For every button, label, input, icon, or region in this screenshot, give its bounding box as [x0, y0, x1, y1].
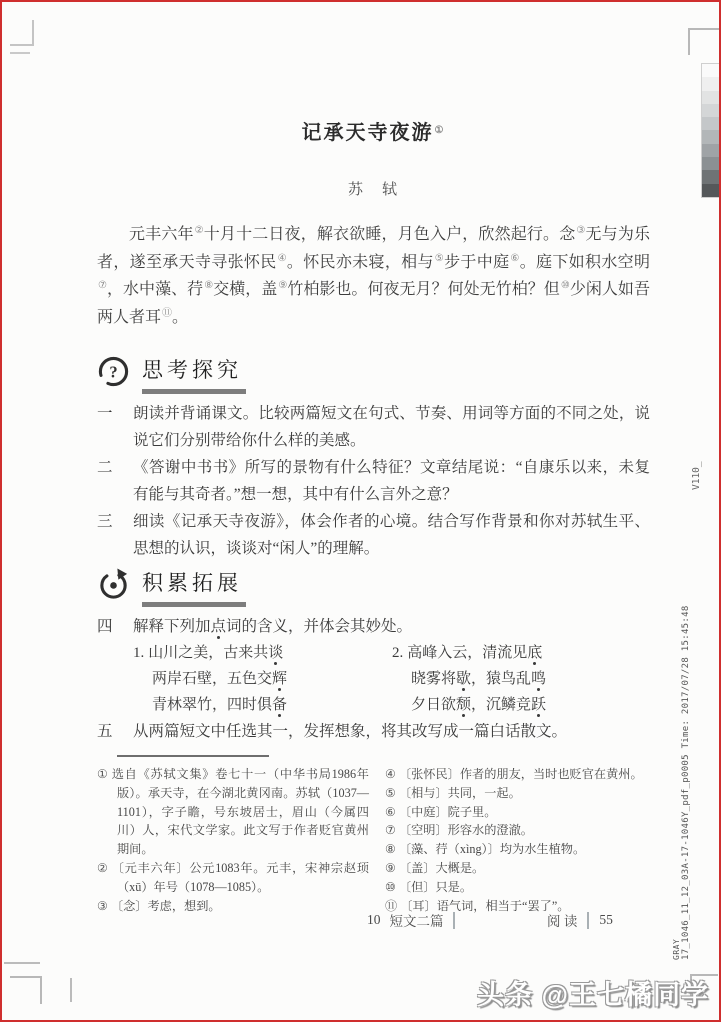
lesson-title-text: 记承天寺夜游	[302, 122, 434, 144]
exercise-four-intro: 解释下列加点词的含义，并体会其妙处。	[133, 613, 650, 640]
exercise-text: 《答谢中书书》所写的景物有什么特征？文章结尾说：“自康乐以来，未复有能与其奇者。…	[133, 454, 650, 508]
section-header-accumulate: 积累拓展	[97, 568, 650, 607]
footnote-ref: ⑤	[435, 253, 444, 264]
page-title: 记承天寺夜游①	[97, 120, 650, 146]
scan-code-vertical: GRAY 17_1046_11_12_03A-17-1046Y_pdf_p000…	[672, 605, 692, 960]
text-segment: 步于中庭	[444, 254, 509, 271]
footnote-item: ③〔念〕考虑，想到。	[97, 897, 369, 916]
scan-gray-label: GRAY	[672, 605, 681, 960]
emphasized-word: 辉	[272, 671, 287, 687]
section-title-explore: 思考探究	[142, 355, 246, 394]
emphasized-word: 鸣	[531, 671, 546, 687]
exercise-item: 三细读《记承天寺夜游》，体会作者的心境。结合写作背景和你对苏轼生平、思想的认识，…	[97, 508, 650, 562]
grayscale-step	[702, 157, 719, 170]
emphasized-word: 歇	[456, 671, 471, 687]
emphasized-word: 点	[211, 618, 227, 635]
exercise-item: 二《答谢中书书》所写的景物有什么特征？文章结尾说：“自康乐以来，未复有能与其奇者…	[97, 454, 650, 508]
footnote-text: 〔念〕考虑，想到。	[111, 899, 221, 913]
word-pair-line: 两岸石壁，五色交辉	[133, 666, 392, 692]
text-segment: ，水中藻、荇	[107, 281, 203, 298]
scan-code-text: 17_1046_11_12_03A-17-1046Y_pdf_p0005 Tim…	[681, 605, 692, 960]
emphasized-word: 备	[272, 697, 287, 713]
grayscale-calibration-strip	[702, 64, 719, 197]
section-header-explore: ? 思考探究	[97, 355, 650, 394]
text-segment: 晓雾将	[411, 671, 456, 687]
grayscale-step	[702, 117, 719, 130]
text-segment: ，沉鳞竞	[471, 697, 531, 713]
footnote-number: ④	[385, 767, 396, 781]
footnote-text: 〔空明〕形容水的澄澈。	[399, 823, 533, 837]
author-name: 苏 轼	[97, 178, 650, 199]
footnotes-right-column: ④〔张怀民〕作者的朋友，当时也贬官在黄州。⑤〔相与〕共同，一起。⑥〔中庭〕院子里…	[385, 765, 650, 915]
footnote-item: ⑩〔但〕只是。	[385, 878, 650, 897]
footnote-item: ④〔张怀民〕作者的朋友，当时也贬官在黄州。	[385, 765, 650, 784]
footnote-ref: ⑪	[162, 308, 172, 319]
grayscale-step	[702, 170, 719, 183]
footnote-item: ⑥〔中庭〕院子里。	[385, 803, 650, 822]
footnote-ref: ②	[195, 225, 204, 236]
emphasized-word: 跃	[531, 697, 546, 713]
footnote-text: 选自《苏轼文集》卷七十一（中华书局1986年版）。承天寺，在今湖北黄冈南。苏轼（…	[112, 767, 369, 856]
word-pair-number: 1.	[133, 645, 144, 661]
word-pair-line: 晓雾将歇，猿鸟乱鸣	[392, 666, 546, 692]
footnote-ref: ⑩	[561, 280, 570, 291]
exercise-number: 五	[97, 718, 133, 745]
text-segment: 十月十二日夜，解衣欲睡，月色入户，欣然起行。念	[204, 226, 576, 243]
footnote-ref: ⑦	[98, 280, 107, 291]
emphasized-word: 谈	[268, 645, 283, 661]
course-text-paragraph: 元丰六年②十月十二日夜，解衣欲睡，月色入户，欣然起行。念③无与为乐者，遂至承天寺…	[97, 221, 650, 331]
footnote-text: 〔中庭〕院子里。	[399, 805, 497, 819]
corner-mark-bottom-left-bar	[4, 962, 40, 964]
footnote-item: ⑨〔盖〕大概是。	[385, 859, 650, 878]
footnote-number: ②	[97, 861, 109, 875]
grayscale-step	[702, 77, 719, 90]
word-pair-line: 青林翠竹，四时俱备	[133, 692, 392, 718]
corner-mark-top-right	[688, 28, 720, 55]
text-segment: 山川之美，古来共	[148, 645, 268, 661]
text-segment: 青林翠竹，四时俱	[152, 697, 272, 713]
footnote-ref: ⑨	[278, 280, 287, 291]
footer-page-group: 阅 读 55	[547, 910, 613, 930]
footnote-number: ⑨	[385, 861, 396, 875]
exercise-number: 二	[97, 454, 133, 508]
word-pair-line: 2.高峰入云，清流见底	[392, 640, 546, 666]
footer-lesson-group: 10 短文二篇	[367, 910, 455, 930]
exercise-text: 朗读并背诵课文。比较两篇短文在句式、节奏、用词等方面的不同之处，说说它们分别带给…	[133, 400, 650, 454]
word-pair-column: 1.山川之美，古来共谈两岸石壁，五色交辉青林翠竹，四时俱备	[133, 640, 392, 718]
grayscale-step	[702, 104, 719, 117]
emphasized-word: 颓	[456, 697, 471, 713]
text-segment: 元丰六年	[129, 226, 194, 243]
exercise-item-four: 四 解释下列加点词的含义，并体会其妙处。	[97, 613, 650, 640]
footnotes-left-column: ①选自《苏轼文集》卷七十一（中华书局1986年版）。承天寺，在今湖北黄冈南。苏轼…	[97, 765, 369, 915]
corner-mark-top-left-bar	[10, 52, 30, 54]
footer-separator-bar	[453, 912, 455, 929]
footnote-item: ⑦〔空明〕形容水的澄澈。	[385, 821, 650, 840]
grayscale-step	[702, 130, 719, 143]
text-segment: 词的含义，并体会其妙处。	[226, 618, 412, 635]
footnote-ref: ③	[576, 225, 585, 236]
text-segment: 交横，盖	[213, 281, 277, 298]
footnote-item: ①选自《苏轼文集》卷七十一（中华书局1986年版）。承天寺，在今湖北黄冈南。苏轼…	[97, 765, 369, 859]
text-segment: 解释下列加	[133, 618, 211, 635]
text-segment: 高峰入云，清流见	[407, 645, 527, 661]
footer-lesson-title: 短文二篇	[390, 910, 444, 930]
footnote-number: ⑥	[385, 805, 396, 819]
footnote-ref: ④	[278, 253, 287, 264]
word-pair-line: 1.山川之美，古来共谈	[133, 640, 392, 666]
footnote-number: ⑧	[385, 842, 396, 856]
footnote-text: 〔张怀民〕作者的朋友，当时也贬官在黄州。	[399, 767, 643, 781]
footnote-item: ⑤〔相与〕共同，一起。	[385, 784, 650, 803]
page-content: 记承天寺夜游① 苏 轼 元丰六年②十月十二日夜，解衣欲睡，月色入户，欣然起行。念…	[97, 2, 650, 915]
exercise-item: 一朗读并背诵课文。比较两篇短文在句式、节奏、用词等方面的不同之处，说说它们分别带…	[97, 400, 650, 454]
footnote-ref: ⑥	[510, 253, 519, 264]
question-circle-icon: ?	[97, 355, 130, 388]
footer-separator-bar	[587, 912, 589, 929]
footnote-number: ⑤	[385, 786, 396, 800]
text-segment: 夕日欲	[411, 697, 456, 713]
footnote-ref: ⑧	[204, 280, 213, 291]
exercise-number: 四	[97, 613, 133, 640]
footnote-text: 〔盖〕大概是。	[399, 861, 484, 875]
footnote-item: ②〔元丰六年〕公元1083年。元丰，宋神宗赵顼（xū）年号（1078—1085）…	[97, 859, 369, 897]
exercise-text: 细读《记承天寺夜游》，体会作者的心境。结合写作背景和你对苏轼生平、思想的认识，谈…	[133, 508, 650, 562]
word-pair-column: 2.高峰入云，清流见底晓雾将歇，猿鸟乱鸣夕日欲颓，沉鳞竞跃	[392, 640, 546, 718]
footnotes-area: ①选自《苏轼文集》卷七十一（中华书局1986年版）。承天寺，在今湖北黄冈南。苏轼…	[97, 765, 650, 915]
footer-section-label: 阅 读	[547, 910, 577, 930]
title-footnote-ref: ①	[435, 125, 446, 136]
word-pairs: 1.山川之美，古来共谈两岸石壁，五色交辉青林翠竹，四时俱备2.高峰入云，清流见底…	[133, 640, 650, 718]
cycle-arrow-icon	[97, 568, 130, 601]
footnote-number: ①	[97, 767, 109, 781]
exercise-number: 三	[97, 508, 133, 562]
word-pair-number: 2.	[392, 645, 403, 661]
question-glyph: ?	[109, 362, 117, 381]
grayscale-step	[702, 91, 719, 104]
corner-mark-bottom-left	[10, 976, 42, 1004]
exercise-list-explore: 一朗读并背诵课文。比较两篇短文在句式、节奏、用词等方面的不同之处，说说它们分别带…	[97, 400, 650, 562]
text-segment: 。怀民亦未寝，相与	[287, 254, 434, 271]
footer-page-number: 55	[599, 912, 613, 928]
v-code-vertical: V110_	[691, 461, 702, 490]
text-segment: 竹柏影也。何夜无月？何处无竹柏？但	[287, 281, 560, 298]
grayscale-step	[702, 144, 719, 157]
footnote-item: ⑧〔藻、荇（xìng）〕均为水生植物。	[385, 840, 650, 859]
text-segment: 两岸石壁，五色交	[152, 671, 272, 687]
grayscale-step	[702, 184, 719, 197]
footnote-text: 〔相与〕共同，一起。	[399, 786, 521, 800]
footnote-text: 〔元丰六年〕公元1083年。元丰，宋神宗赵顼（xū）年号（1078—1085）。	[112, 861, 369, 894]
corner-mark-top-left	[10, 20, 34, 46]
section-title-accumulate: 积累拓展	[142, 568, 246, 607]
footnote-text: 〔但〕只是。	[399, 880, 472, 894]
footnote-number: ⑦	[385, 823, 396, 837]
watermark: 头条 @王七橘同学	[477, 973, 709, 1012]
corner-mark-bottom-left-tick	[70, 978, 72, 1002]
footnote-text: 〔藻、荇（xìng）〕均为水生植物。	[399, 842, 585, 856]
footnote-number: ③	[97, 899, 108, 913]
grayscale-step	[702, 64, 719, 77]
textbook-scan-page: 记承天寺夜游① 苏 轼 元丰六年②十月十二日夜，解衣欲睡，月色入户，欣然起行。念…	[0, 0, 721, 1022]
exercise-number: 一	[97, 400, 133, 454]
exercise-item-five: 五 从两篇短文中任选其一，发挥想象，将其改写成一篇白话散文。	[97, 718, 650, 745]
word-pair-line: 夕日欲颓，沉鳞竞跃	[392, 692, 546, 718]
emphasized-word: 底	[527, 645, 542, 661]
footnote-number: ⑩	[385, 880, 396, 894]
exercise-five-text: 从两篇短文中任选其一，发挥想象，将其改写成一篇白话散文。	[133, 718, 650, 745]
footnote-divider	[117, 755, 269, 757]
text-segment: ，猿鸟乱	[471, 671, 531, 687]
text-segment: 。	[172, 309, 188, 326]
footer-lesson-number: 10	[367, 912, 381, 928]
text-segment: 。庭下如积水空明	[520, 254, 650, 271]
